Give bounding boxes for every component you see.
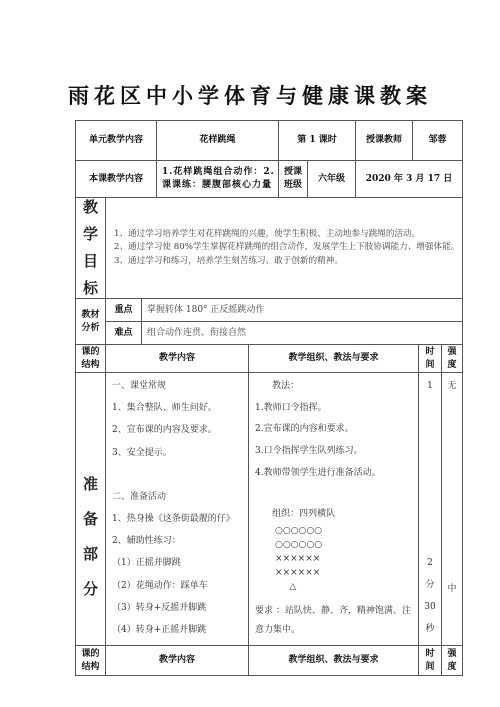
- teacher-label: 授课教师: [356, 121, 413, 161]
- teacher-marker: △: [255, 580, 296, 594]
- lesson-label: 本课教学内容: [76, 161, 157, 198]
- page-title: 雨花区中小学体育与健康课教案: [0, 80, 500, 110]
- goals-list: 1、通过学习培养学生对花样跳绳的兴趣，使学生积极、主动地参与跳绳的活动。 2、通…: [106, 198, 462, 299]
- date: 2020 年 3 月 17 日: [356, 161, 462, 198]
- unit-value: 花样跳绳: [157, 121, 279, 161]
- unit-label: 单元教学内容: [76, 121, 157, 161]
- difficulty-value: 组合动作连贯、衔接自然: [142, 322, 462, 345]
- structure-header-2: 课的结构: [76, 646, 106, 675]
- content-header-2: 教学内容: [106, 646, 249, 675]
- teacher-value: 邹蓉: [413, 121, 462, 161]
- formation-row: ××××××: [255, 552, 320, 566]
- organization-header: 教学组织、教法与要求: [249, 345, 419, 373]
- organization-header-2: 教学组织、教法与要求: [249, 646, 419, 675]
- prep-organization: 教法： 1.教师口令指挥。 2.宣布课的内容和要求。 3.口令指挥学生队列练习。…: [249, 373, 419, 646]
- time-header-2: 时间: [419, 646, 442, 675]
- structure-header: 课的结构: [76, 345, 106, 373]
- prep-label: 准 备 部 分: [76, 373, 106, 646]
- lesson-plan-table: 单元教学内容 花样跳绳 第 1 课时 授课教师 邹蓉 本课教学内容 1.花样跳绳…: [75, 120, 463, 676]
- prep-time: 1 2 分 30 秒: [419, 373, 442, 646]
- intensity-header-2: 强度: [442, 646, 462, 675]
- formation-row: ○○○○○○: [255, 524, 322, 538]
- formation-row: ○○○○○○: [255, 538, 322, 552]
- goal-item: 2、通过学习使 80%学生掌握花样跳绳的组合动作，发展学生上下肢协调能力、增强体…: [114, 241, 459, 254]
- class-label: 授课班级: [279, 161, 308, 198]
- difficulty-label: 难点: [106, 322, 142, 345]
- class-value: 六年级: [308, 161, 356, 198]
- analysis-label: 教材分析: [76, 299, 106, 345]
- goals-label: 教 学 目 标: [76, 198, 106, 299]
- goal-item: 3、通过学习和练习，培养学生刻苦练习、敢于创新的精神。: [114, 255, 343, 268]
- formation-row: ××××××: [255, 566, 320, 580]
- period: 第 1 课时: [279, 121, 356, 161]
- prep-content: 一、课堂常规 1、集合整队、师生问好。 2、宣布课的内容及要求。 3、安全提示。…: [106, 373, 249, 646]
- prep-intensity: 无 中: [442, 373, 462, 646]
- intensity-header: 强度: [442, 345, 462, 373]
- time-header: 时间: [419, 345, 442, 373]
- lesson-value: 1.花样跳绳组合动作：2.课课练：腰腹部核心力量: [157, 161, 279, 198]
- key-value: 掌握转体 180° 正反摇跳动作: [142, 299, 462, 322]
- content-header: 教学内容: [106, 345, 249, 373]
- key-label: 重点: [106, 299, 142, 322]
- goal-item: 1、通过学习培养学生对花样跳绳的兴趣，使学生积极、主动地参与跳绳的活动。: [114, 228, 420, 241]
